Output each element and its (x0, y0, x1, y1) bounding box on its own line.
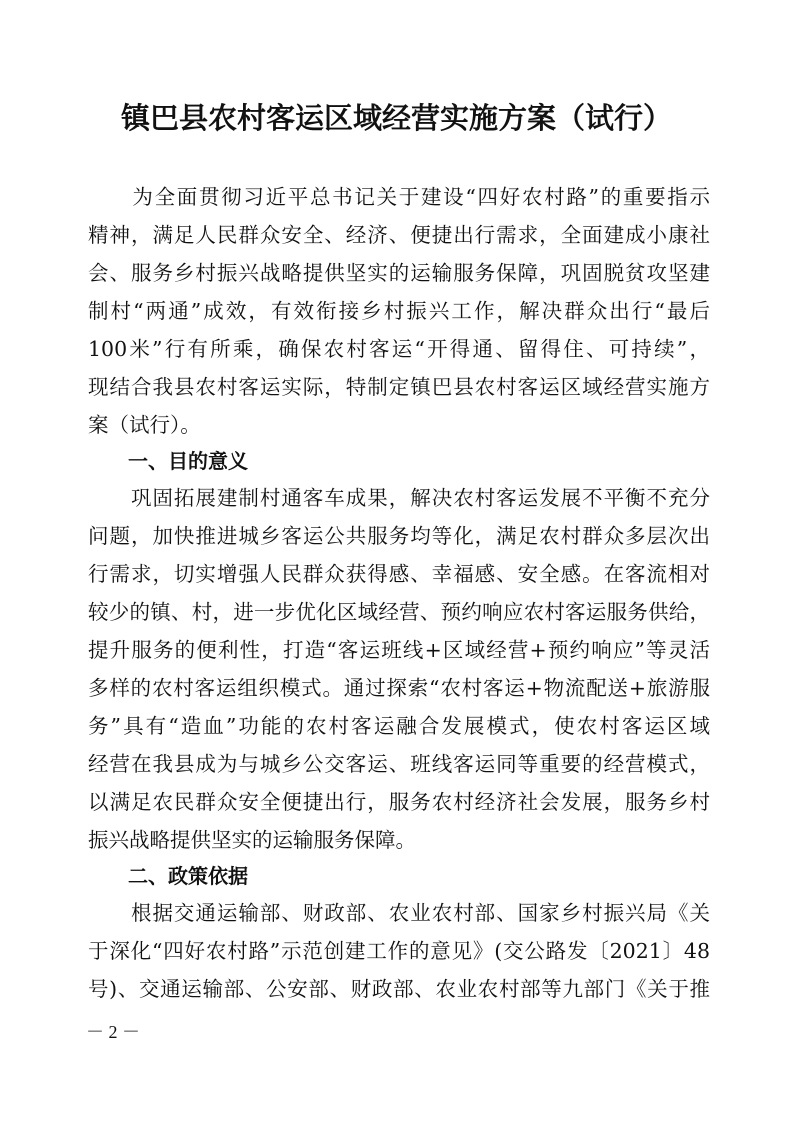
document-page: 镇巴县农村客运区域经营实施方案（试行） 为全面贯彻习近平总书记关于建设“四好农村… (0, 0, 793, 1122)
paragraph-line: 多样的农村客运组织模式。通过探索“农村客运+物流配送+旅游服 (88, 669, 710, 707)
paragraph-line: 号)、交通运输部、公安部、财政部、农业农村部等九部门《关于推 (88, 970, 710, 1008)
paragraph-line: 100米”行有所乘，确保农村客运“开得通、留得住、可持续”， (88, 330, 710, 368)
paragraph-line: 务”具有“造血”功能的农村客运融合发展模式，使农村客运区域 (88, 707, 710, 745)
paragraph-line: 振兴战略提供坚实的运输服务保障。 (88, 821, 710, 859)
paragraph-line: 问题，加快推进城乡客运公共服务均等化，满足农村群众多层次出 (88, 517, 710, 555)
paragraph-line: 制村“两通”成效，有效衔接乡村振兴工作，解决群众出行“最后 (88, 292, 710, 330)
paragraph-line: 以满足农民群众安全便捷出行，服务农村经济社会发展，服务乡村 (88, 783, 710, 821)
page-number: － 2 － (86, 1018, 140, 1044)
paragraph-line: 于深化“四好农村路”示范创建工作的意见》(交公路发〔2021〕48 (88, 932, 710, 970)
paragraph-line: 较少的镇、村，进一步优化区域经营、预约响应农村客运服务供给， (88, 593, 710, 631)
paragraph-line: 巩固拓展建制村通客车成果，解决农村客运发展不平衡不充分 (88, 479, 710, 517)
paragraph-line: 案（试行）。 (88, 406, 710, 444)
document-title: 镇巴县农村客运区域经营实施方案（试行） (0, 96, 793, 137)
paragraph-line: 经营在我县成为与城乡公交客运、班线客运同等重要的经营模式， (88, 745, 710, 783)
paragraph-line: 行需求，切实增强人民群众获得感、幸福感、安全感。在客流相对 (88, 555, 710, 593)
paragraph-line: 提升服务的便利性，打造“客运班线+区域经营+预约响应”等灵活 (88, 631, 710, 669)
paragraph-line: 为全面贯彻习近平总书记关于建设“四好农村路”的重要指示 (88, 178, 710, 216)
paragraph-line: 会、服务乡村振兴战略提供坚实的运输服务保障，巩固脱贫攻坚建 (88, 254, 710, 292)
section-heading-policy-basis: 二、政策依据 (128, 857, 248, 895)
section-heading-purpose: 一、目的意义 (128, 442, 248, 480)
paragraph-line: 精神，满足人民群众安全、经济、便捷出行需求，全面建成小康社 (88, 216, 710, 254)
paragraph-line: 现结合我县农村客运实际，特制定镇巴县农村客运区域经营实施方 (88, 368, 710, 406)
paragraph-line: 根据交通运输部、财政部、农业农村部、国家乡村振兴局《关 (88, 894, 710, 932)
